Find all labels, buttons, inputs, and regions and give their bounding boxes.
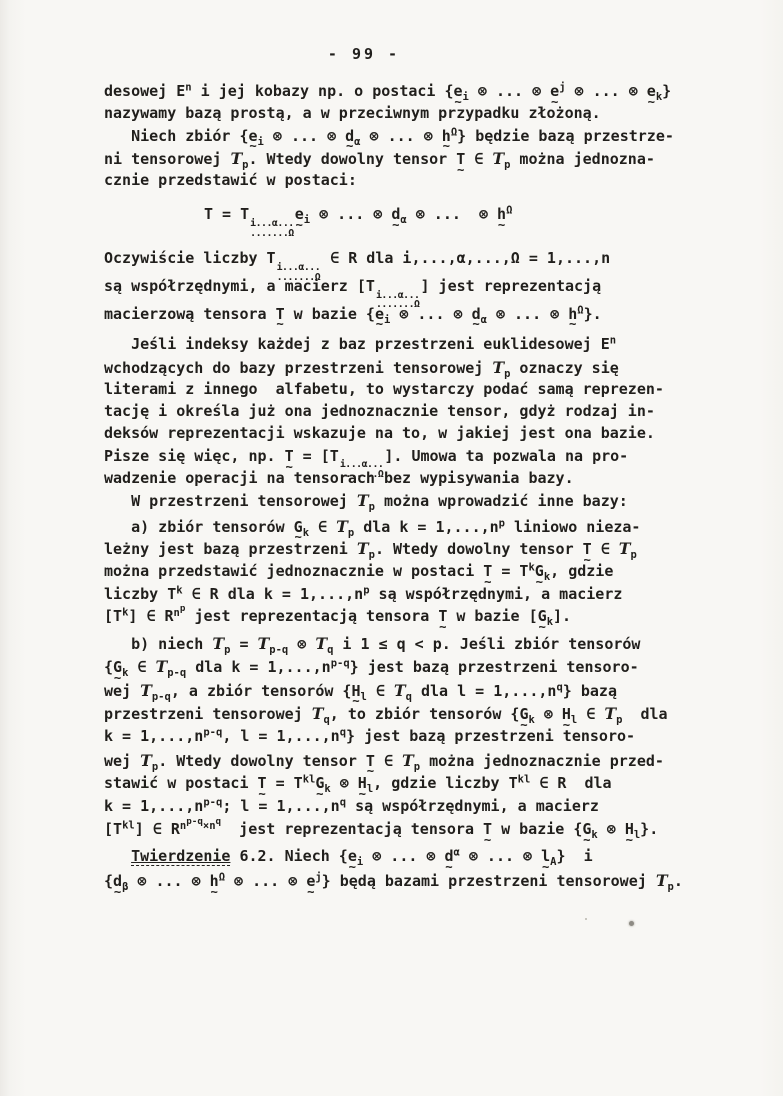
text-line: k = 1,...,np-q, l = 1,...,nq} jest bazą …: [104, 727, 710, 750]
document-body: desowej En i jej kobazy np. o postaci {e…: [104, 82, 710, 895]
ink-speck-small: [585, 918, 587, 920]
paragraph-case-a: a) zbiór tensorów Gk ∈ Tp dla k = 1,...,…: [104, 517, 710, 630]
text-line: Niech zbiór {ei ⊗ ... ⊗ dα ⊗ ... ⊗ hΩ} b…: [104, 127, 710, 149]
text-line: leżny jest bazą przestrzeni Tp. Wtedy do…: [104, 539, 710, 562]
display-equation: T = Ti...α..........Ωei ⊗ ... ⊗ dα ⊗ ...…: [104, 205, 710, 237]
text-line: ni tensorowej Tp. Wtedy dowolny tensor T…: [104, 149, 710, 171]
text-line: [Tk] ∈ Rnp jest reprezentacją tensora T …: [104, 607, 710, 630]
text-line: wej Tp. Wtedy dowolny tensor T ∈ Tp możn…: [104, 751, 710, 774]
text-line: literami z innego alfabetu, to wystarczy…: [104, 380, 710, 402]
paragraph-coordinates: Oczywiście liczby Ti...α..........Ω ∈ R …: [104, 249, 710, 332]
text-line: są współrzędnymi, a macierz [Ti...α.....…: [104, 277, 710, 305]
text-line: wej Tp-q, a zbiór tensorów {Hl ∈ Tq dla …: [104, 681, 710, 704]
text-column: - 99 - desowej En i jej kobazy np. o pos…: [104, 45, 710, 895]
text-line: T = Ti...α..........Ωei ⊗ ... ⊗ dα ⊗ ...…: [104, 205, 710, 237]
page-number: - 99 -: [104, 45, 710, 65]
text-line: przestrzeni tensorowej Tq, to zbiór tens…: [104, 704, 710, 727]
text-line: a) zbiór tensorów Gk ∈ Tp dla k = 1,...,…: [104, 517, 710, 540]
scanned-document-page: - 99 - desowej En i jej kobazy np. o pos…: [0, 0, 783, 1096]
text-line: stawić w postaci T = TklGk ⊗ Hl, gdzie l…: [104, 774, 710, 797]
paragraph-case-b: b) niech Tp = Tp-q ⊗ Tq i 1 ≤ q < p. Jeś…: [104, 634, 710, 844]
text-line: cznie przedstawić w postaci:: [104, 171, 710, 193]
text-line: W przestrzeni tensorowej Tp można wprowa…: [104, 491, 710, 513]
text-line: tację i określa już ona jednoznacznie te…: [104, 402, 710, 424]
paragraph-theorem: Twierdzenie 6.2. Niech {ei ⊗ ... ⊗ dα ⊗ …: [104, 847, 710, 895]
text-line: można przedstawić jednoznacznie w postac…: [104, 562, 710, 585]
text-line: wchodzących do bazy przestrzeni tensorow…: [104, 358, 710, 380]
paragraph-other-bases: W przestrzeni tensorowej Tp można wprowa…: [104, 491, 710, 513]
ink-speck: [629, 921, 634, 926]
text-line: Oczywiście liczby Ti...α..........Ω ∈ R …: [104, 249, 710, 277]
text-line: Pisze się więc, np. T = [Ti...α.........…: [104, 447, 710, 469]
text-line: Twierdzenie 6.2. Niech {ei ⊗ ... ⊗ dα ⊗ …: [104, 847, 710, 871]
paragraph-indices: Jeśli indeksy każdej z baz przestrzeni e…: [104, 335, 710, 491]
text-line: liczby Tk ∈ R dla k = 1,...,np są współr…: [104, 585, 710, 608]
text-line: {dβ ⊗ ... ⊗ hΩ ⊗ ... ⊗ ej} będą bazami p…: [104, 871, 710, 895]
text-line: Jeśli indeksy każdej z baz przestrzeni e…: [104, 335, 710, 357]
text-line: nazywamy bazą prostą, a w przeciwnym prz…: [104, 104, 710, 126]
text-line: macierzową tensora T w bazie {ei ⊗ ... ⊗…: [104, 305, 710, 333]
text-line: wadzenie operacji na tensorach bez wypis…: [104, 469, 710, 491]
text-line: [Tkl] ∈ Rnp-q×nq jest reprezentacją tens…: [104, 820, 710, 843]
text-line: desowej En i jej kobazy np. o postaci {e…: [104, 82, 710, 104]
text-line: {Gk ∈ Tp-q dla k = 1,...,np-q} jest bazą…: [104, 657, 710, 680]
text-line: deksów reprezentacji wskazuje na to, w j…: [104, 424, 710, 446]
text-line: b) niech Tp = Tp-q ⊗ Tq i 1 ≤ q < p. Jeś…: [104, 634, 710, 657]
paragraph-intro: desowej En i jej kobazy np. o postaci {e…: [104, 82, 710, 193]
